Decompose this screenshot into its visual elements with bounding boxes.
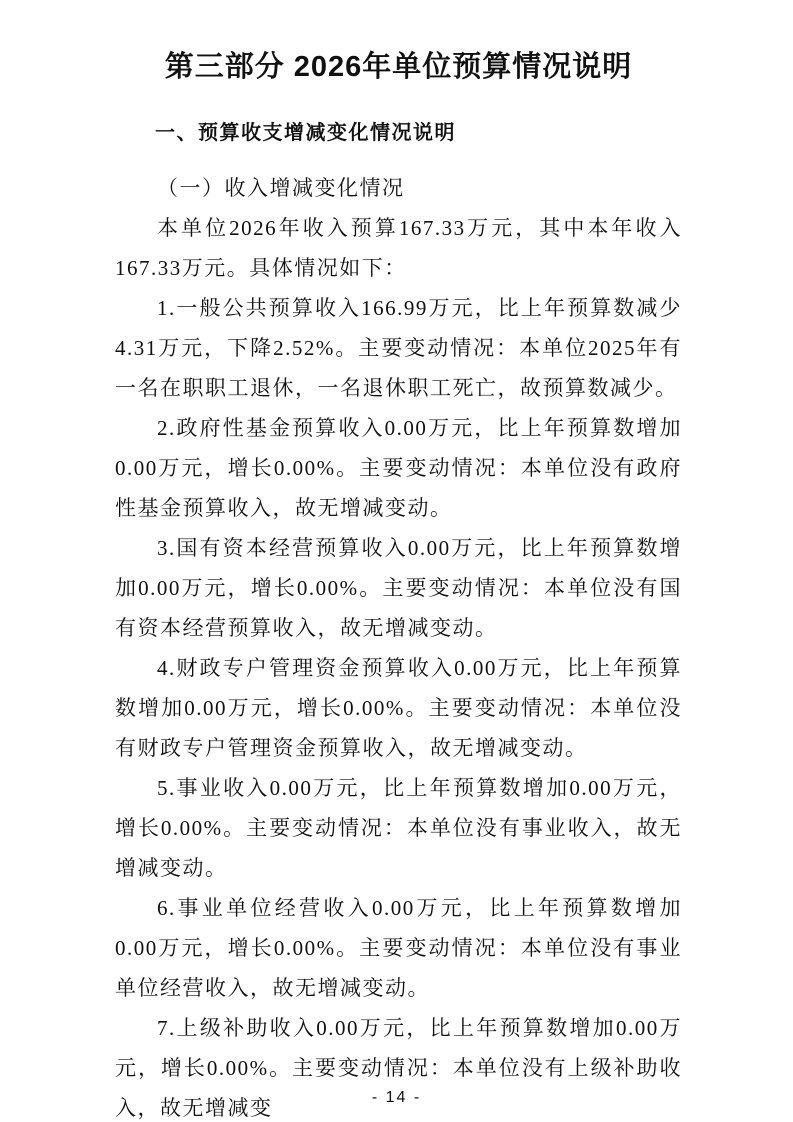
paragraph-income-summary: 本单位2026年收入预算167.33万元，其中本年收入167.33万元。具体情况… [115,208,682,288]
paragraph-government-fund-budget-income: 2.政府性基金预算收入0.00万元，比上年预算数增加0.00万元，增长0.00%… [115,408,682,528]
paragraph-institution-income: 5.事业收入0.00万元，比上年预算数增加0.00万元，增长0.00%。主要变动… [115,768,682,888]
document-title: 第三部分 2026年单位预算情况说明 [115,45,682,90]
paragraph-fiscal-special-account-income: 4.财政专户管理资金预算收入0.00万元，比上年预算数增加0.00万元，增长0.… [115,648,682,768]
page-number: - 14 - [0,1088,793,1108]
paragraph-institution-operating-income: 6.事业单位经营收入0.00万元，比上年预算数增加0.00万元，增长0.00%。… [115,888,682,1008]
paragraph-general-public-budget-income: 1.一般公共预算收入166.99万元，比上年预算数减少4.31万元，下降2.52… [115,288,682,408]
document-page: 第三部分 2026年单位预算情况说明 一、预算收支增减变化情况说明 （一）收入增… [0,0,793,1122]
section-heading: 一、预算收支增减变化情况说明 [115,118,682,148]
paragraph-state-capital-operation-income: 3.国有资本经营预算收入0.00万元，比上年预算数增加0.00万元，增长0.00… [115,528,682,648]
subsection-heading: （一）收入增减变化情况 [115,168,682,208]
